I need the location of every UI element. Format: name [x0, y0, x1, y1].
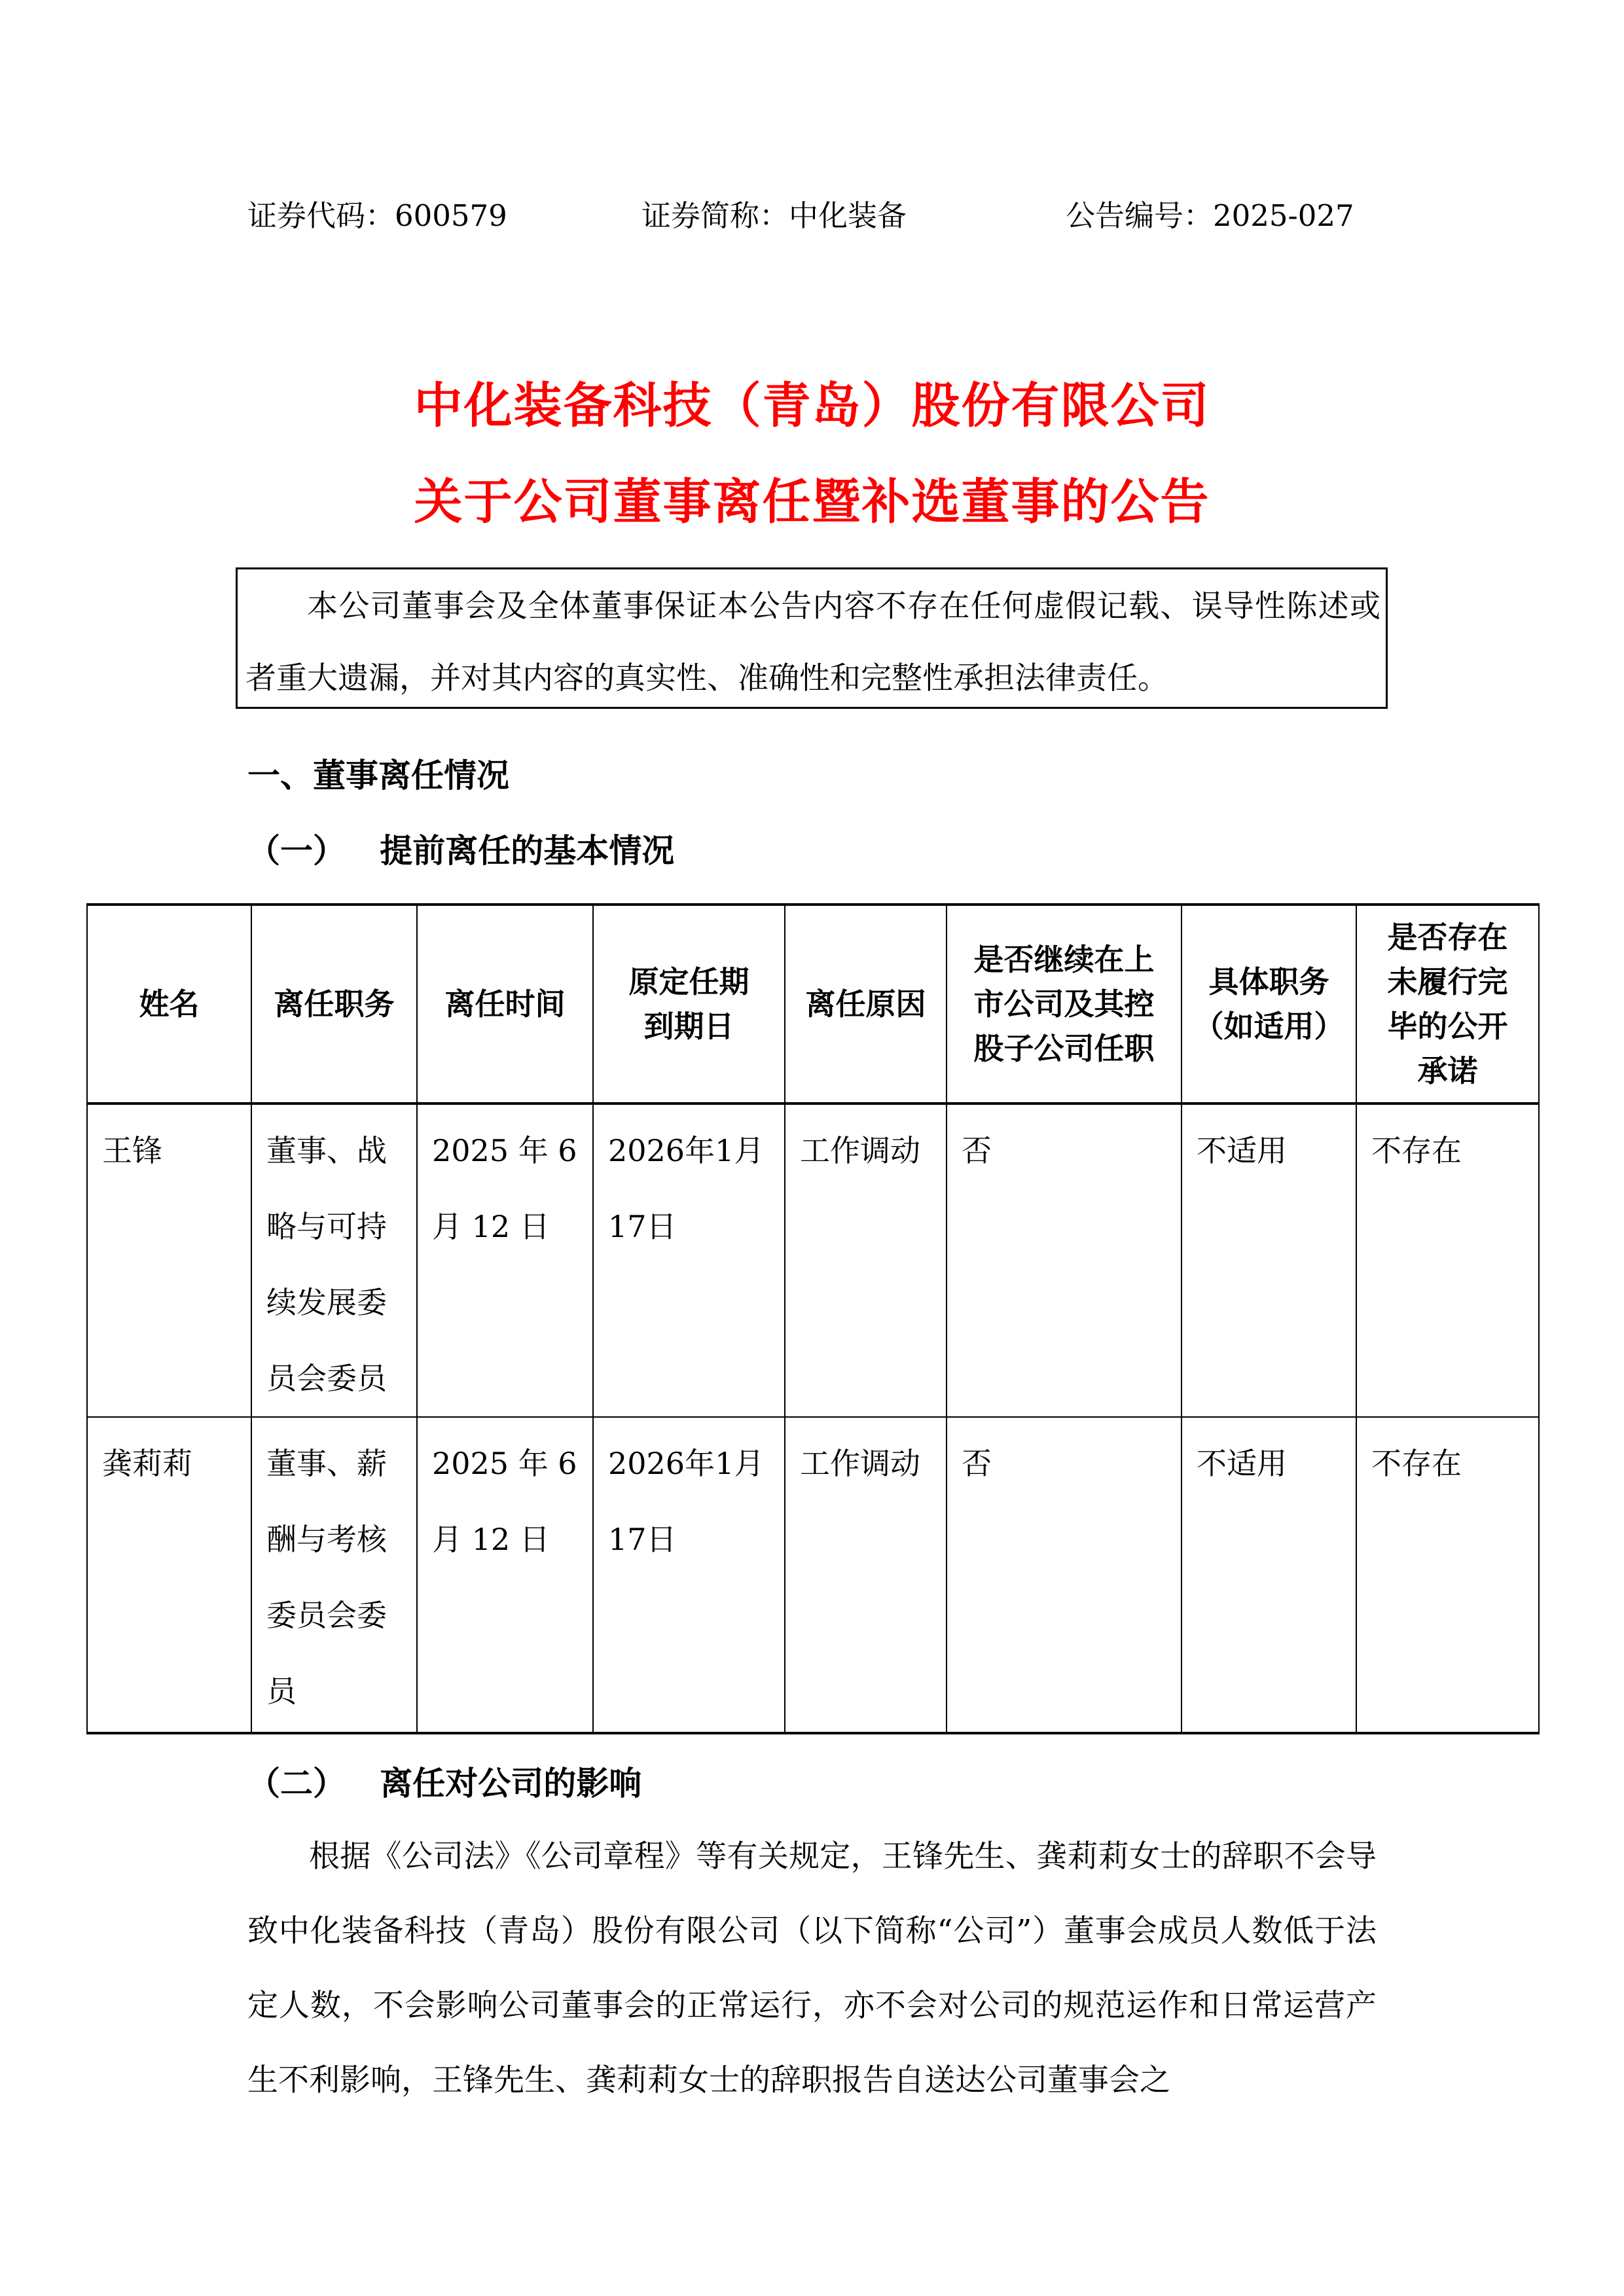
- table-row: 龚莉莉 董事、薪酬与考核委员会委员 2025 年 6 月 12 日 2026年1…: [87, 1417, 1539, 1733]
- board-guarantee-statement: 本公司董事会及全体董事保证本公告内容不存在任何虚假记载、误导性陈述或者重大遗漏，…: [245, 571, 1380, 715]
- section-heading-director-departure: 一、董事离任情况: [247, 753, 509, 798]
- cell-departure-date: 2025 年 6 月 12 日: [417, 1103, 593, 1417]
- column-header-term-end: 原定任期到期日: [593, 905, 785, 1103]
- column-header-specific-position: 具体职务（如适用）: [1182, 905, 1356, 1103]
- cell-term-end: 2026年1月17日: [593, 1417, 785, 1733]
- announcement-header: 证券代码：600579 证券简称：中化装备 公告编号：2025-027: [247, 196, 1399, 236]
- cell-position: 董事、战略与可持续发展委员会委员: [251, 1103, 417, 1417]
- cell-continue-in-company: 否: [947, 1417, 1182, 1733]
- impact-paragraph: 根据《公司法》《公司章程》等有关规定，王锋先生、龚莉莉女士的辞职不会导致中化装备…: [247, 1820, 1377, 2118]
- subsection-heading-impact: （二） 离任对公司的影响: [247, 1761, 641, 1806]
- board-guarantee-statement-box: 本公司董事会及全体董事保证本公告内容不存在任何虚假记载、误导性陈述或者重大遗漏，…: [236, 567, 1388, 709]
- column-header-position: 离任职务: [251, 905, 417, 1103]
- company-name-title: 中化装备科技（青岛）股份有限公司: [0, 376, 1624, 435]
- announcement-title: 关于公司董事离任暨补选董事的公告: [0, 473, 1624, 531]
- cell-unfulfilled-commitments: 不存在: [1356, 1417, 1539, 1733]
- cell-continue-in-company: 否: [947, 1103, 1182, 1417]
- cell-position: 董事、薪酬与考核委员会委员: [251, 1417, 417, 1733]
- cell-unfulfilled-commitments: 不存在: [1356, 1103, 1539, 1417]
- cell-reason: 工作调动: [785, 1417, 947, 1733]
- cell-name: 龚莉莉: [87, 1417, 251, 1733]
- column-header-unfulfilled-commitments: 是否存在未履行完毕的公开承诺: [1356, 905, 1539, 1103]
- cell-reason: 工作调动: [785, 1103, 947, 1417]
- stock-name: 证券简称：中化装备: [641, 196, 907, 236]
- announcement-number: 公告编号：2025-027: [1066, 196, 1354, 236]
- subsection-heading-early-departure: （一） 提前离任的基本情况: [247, 828, 674, 874]
- cell-name: 王锋: [87, 1103, 251, 1417]
- column-header-continue-in-company: 是否继续在上市公司及其控股子公司任职: [947, 905, 1182, 1103]
- table-row: 王锋 董事、战略与可持续发展委员会委员 2025 年 6 月 12 日 2026…: [87, 1103, 1539, 1417]
- director-departure-table: 姓名 离任职务 离任时间 原定任期到期日 离任原因 是否继续在上市公司及其控股子…: [86, 903, 1540, 1734]
- stock-code: 证券代码：600579: [247, 196, 507, 236]
- column-header-reason: 离任原因: [785, 905, 947, 1103]
- cell-departure-date: 2025 年 6 月 12 日: [417, 1417, 593, 1733]
- cell-specific-position: 不适用: [1182, 1417, 1356, 1733]
- column-header-departure-date: 离任时间: [417, 905, 593, 1103]
- cell-term-end: 2026年1月17日: [593, 1103, 785, 1417]
- cell-specific-position: 不适用: [1182, 1103, 1356, 1417]
- table-header-row: 姓名 离任职务 离任时间 原定任期到期日 离任原因 是否继续在上市公司及其控股子…: [87, 905, 1539, 1103]
- column-header-name: 姓名: [87, 905, 251, 1103]
